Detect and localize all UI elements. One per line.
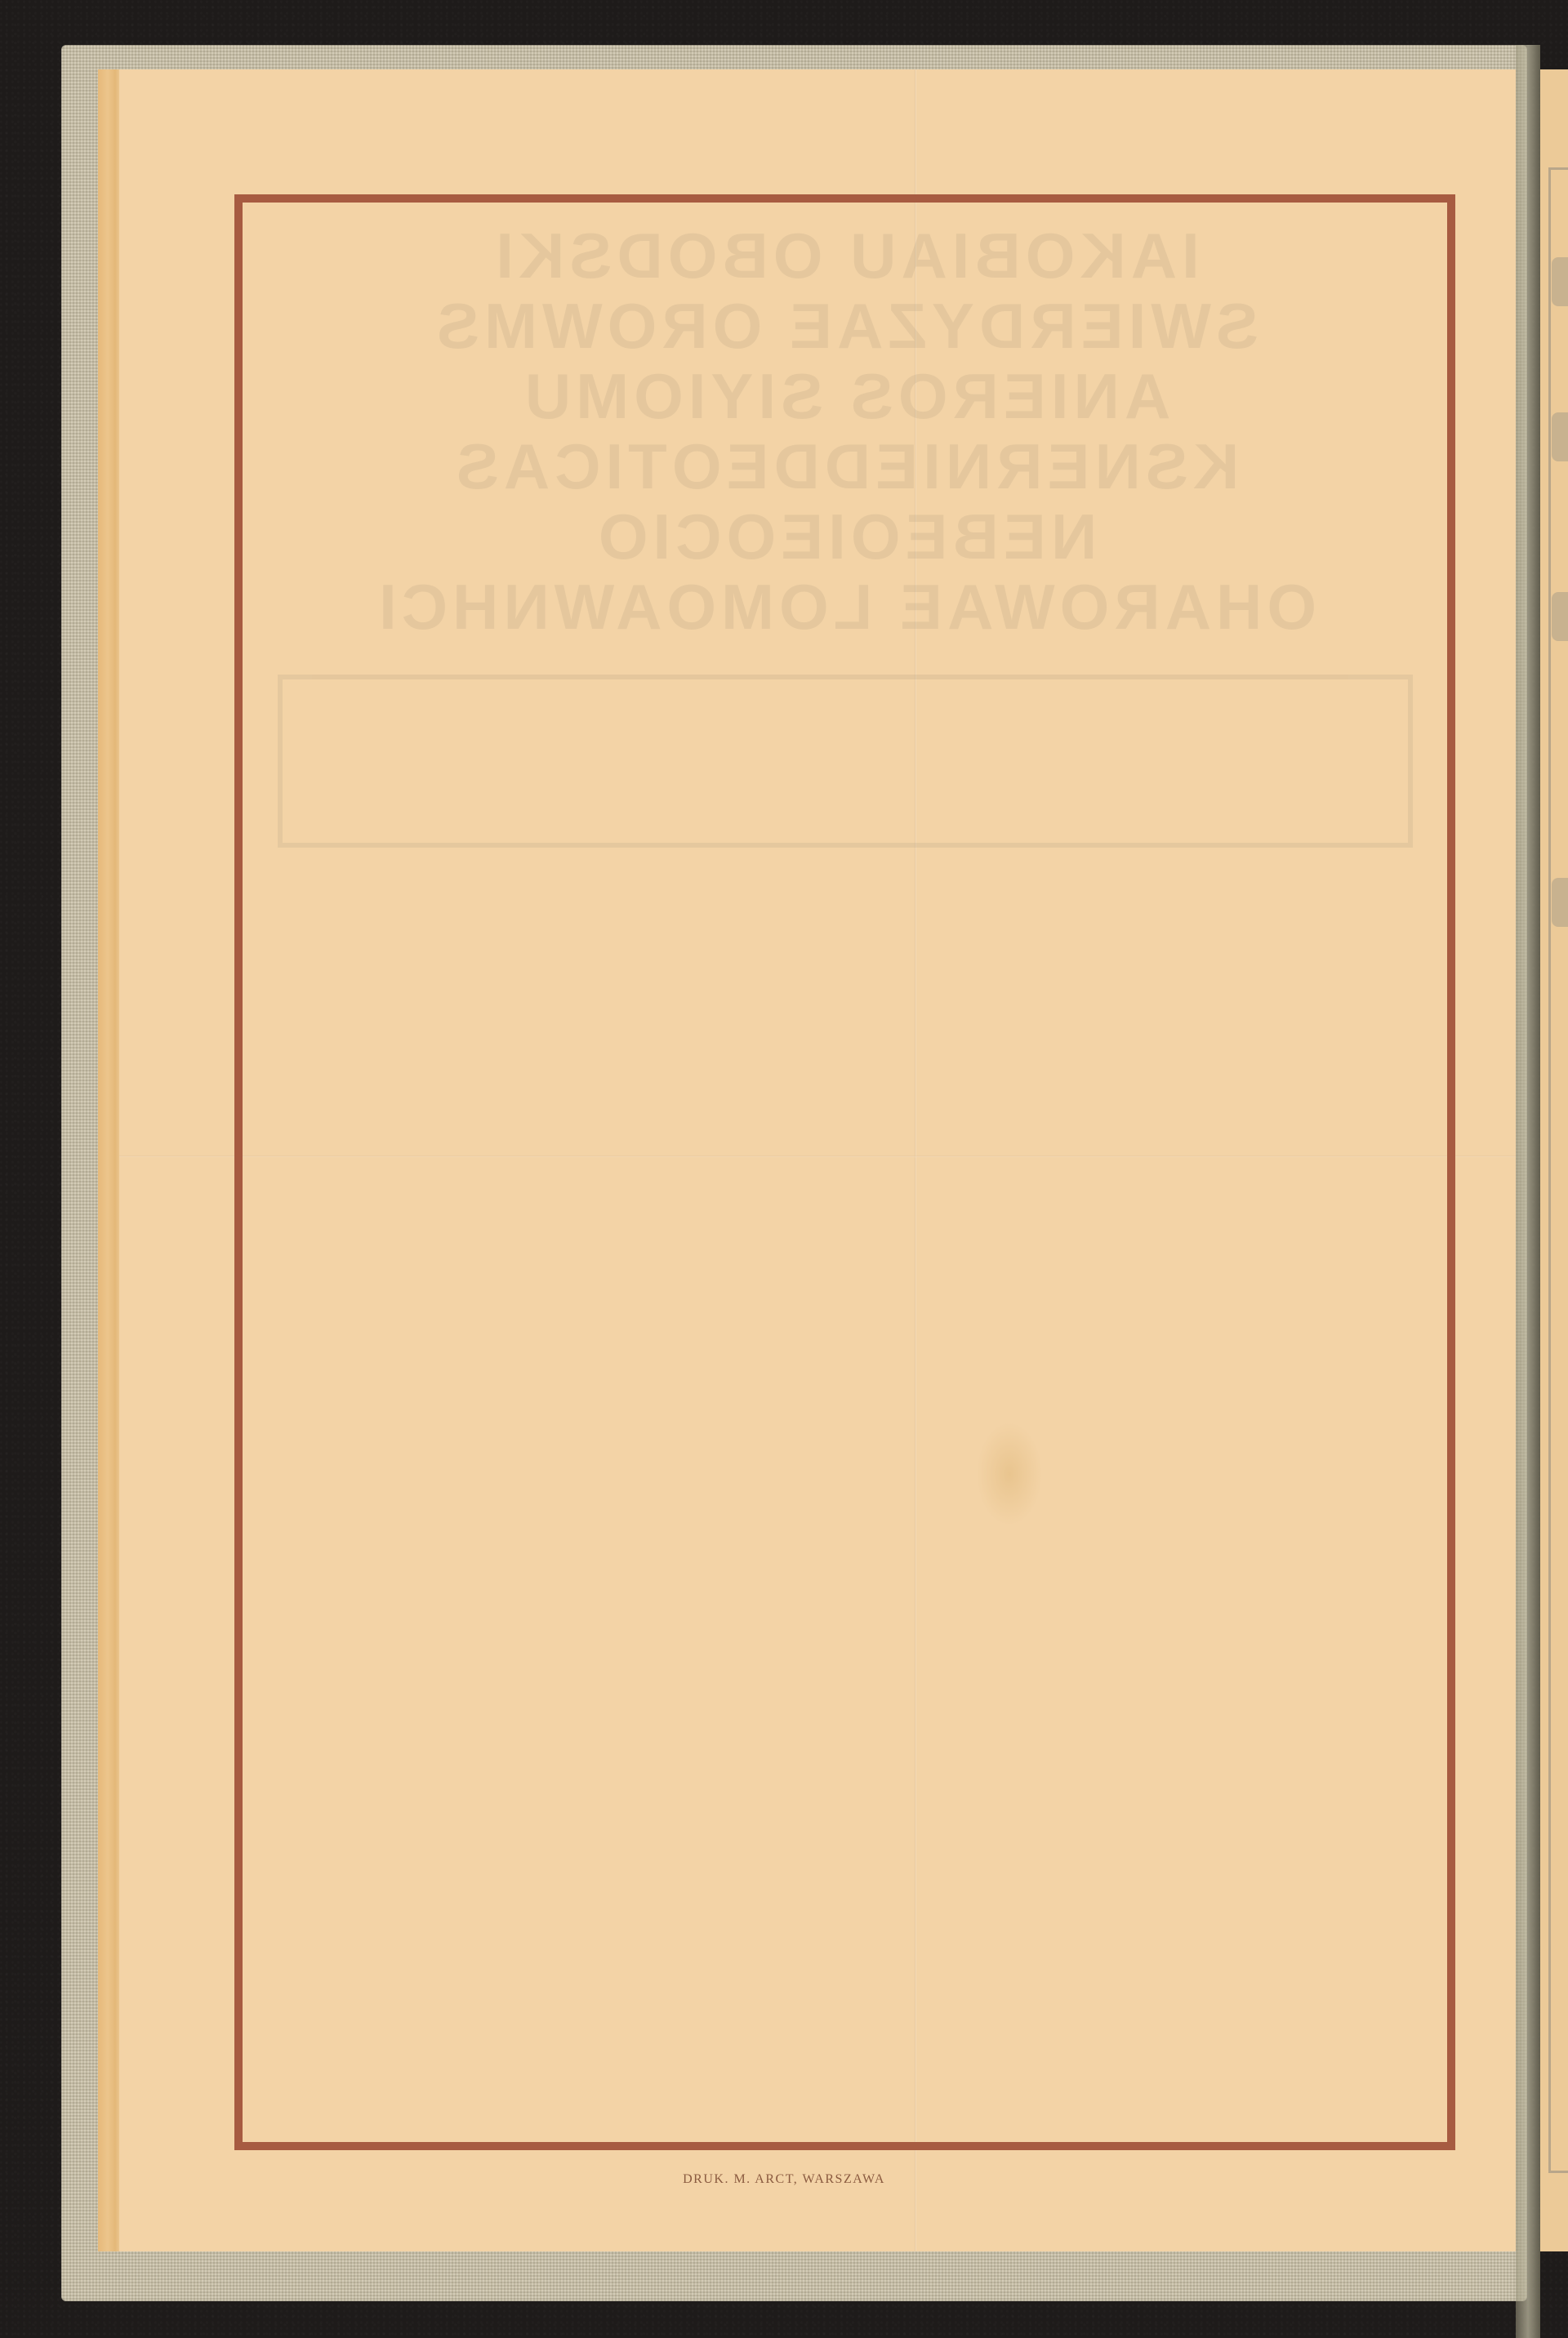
- book-gutter: [1516, 45, 1540, 2338]
- ornament-glyph: [1552, 412, 1568, 461]
- ornament-glyph: [1552, 878, 1568, 927]
- decorative-border-frame: [234, 194, 1455, 2150]
- adjacent-page-frame: [1548, 167, 1568, 2173]
- adjacent-page-edge: [1540, 69, 1568, 2251]
- printer-imprint: DRUK. M. ARCT, WARSZAWA: [0, 2172, 1568, 2187]
- ornament-glyph: [1552, 257, 1568, 306]
- ornament-glyph: [1552, 592, 1568, 641]
